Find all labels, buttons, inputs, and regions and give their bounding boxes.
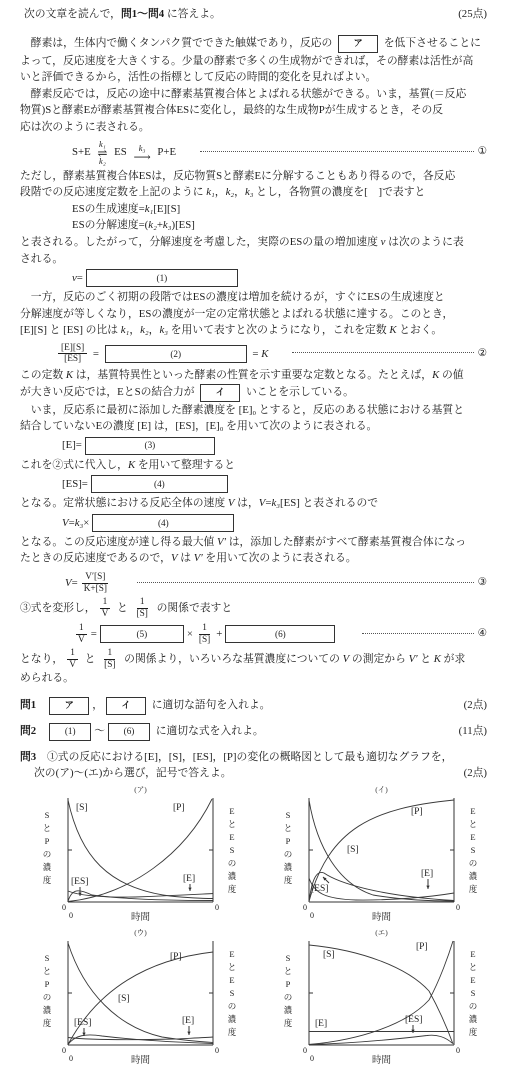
y-left-axis-title: 濃 [284, 1005, 293, 1015]
y-left-axis-title: 濃 [284, 862, 293, 872]
y-right-axis-title: 濃 [469, 1014, 478, 1024]
text-run: + [216, 626, 222, 643]
curve-label: [S] [323, 950, 335, 960]
graph-title: (ア) [134, 785, 147, 794]
equation-leader: ① [190, 144, 487, 161]
doc-line: この定数 K は，基質特異性といった酵素の性質を示す重要な定数となる。たとえば，… [20, 367, 487, 384]
doc-line: となる。定常状態における反応全体の速度 V は，V=k₃[ES] と表されるので [20, 495, 487, 512]
y-right-zero: 0 [456, 903, 460, 912]
text-run: を低下させることに [381, 35, 481, 52]
y-left-axis-title: の [43, 992, 52, 1002]
doc-line: 物質)Sと酵素Eが酵素基質複合体ESに変化し，最終的な生成物Pが生成するとき，そ… [20, 102, 487, 119]
curve-label: [E] [315, 1019, 327, 1029]
text-run: [E][S] [153, 201, 180, 218]
answer-box: (1) [86, 269, 238, 287]
text-run: を用いて表すと次のようになり，これを定数 [168, 322, 389, 339]
text-run: × [83, 515, 89, 532]
arrow-head [426, 885, 429, 888]
answer-box: (4) [91, 475, 228, 493]
y-right-axis-title: S [471, 845, 476, 855]
fraction-numerator: V′[S] [82, 572, 108, 584]
text-run: k₂ [148, 217, 157, 234]
doc-line: たときの反応速度であるので，V は V′ を用いて次のように表される。 [20, 550, 487, 567]
text-run: 酵素は，生体内で働くタンパク質でできた触媒であり，反応の [20, 35, 335, 52]
doc-line: 応は次のように表される。 [20, 119, 487, 136]
text-run: K [128, 457, 135, 474]
fraction: 1V [66, 648, 79, 670]
y-left-axis-title: と [43, 823, 52, 833]
y-left-axis-title: の [43, 849, 52, 859]
dotted-leader [292, 352, 473, 353]
text-run: [E][S] と [ES] の比は [20, 322, 121, 339]
equation-leader: ② [282, 346, 487, 363]
curve-label: [E] [183, 874, 195, 884]
curve-P [309, 800, 454, 902]
equation-2: [E][S][ES] = (2) = K② [20, 343, 487, 365]
text-run: 酵素反応では，反応の途中に酵素基質複合体とよばれる状態ができる。いま，基質(＝反… [20, 86, 466, 103]
instruction-line: 次の文章を読んで，問1～問4 に答えよ。(25点) [20, 6, 487, 23]
text-run: 一方，反応のごく初期の段階ではESの濃度は増加を続けるが，すぐにESの生成速度と [20, 289, 445, 306]
curve-label: [S] [347, 845, 359, 855]
doc-line: 一方，反応のごく初期の段階ではESの濃度は増加を続けるが，すぐにESの生成速度と [20, 289, 487, 306]
question-1: 問1ア，イ に適切な語句を入れよ。(2点) [20, 697, 487, 715]
text-run: 問2 [20, 723, 36, 740]
y-right-axis-title: と [469, 819, 478, 829]
y-right-axis-title: E [229, 975, 234, 985]
text-run: V [171, 550, 178, 567]
text-run: = [250, 346, 262, 363]
fraction: [E][S][ES] [58, 343, 87, 365]
y-right-axis-title: の [228, 858, 237, 868]
y-left-zero: 0 [303, 903, 307, 912]
text-run: k₂ [140, 322, 149, 339]
fraction: 1V [99, 597, 112, 619]
y-left-axis-title: 度 [284, 1018, 293, 1028]
text-run: の関係より，いろいろな基質濃度についての [121, 651, 342, 668]
answer-box: ア [338, 35, 378, 53]
text-run: k₃ [163, 217, 172, 234]
text-run: k₃ [245, 184, 254, 201]
y-right-axis-title: 濃 [469, 871, 478, 881]
points-badge: (2点) [464, 765, 487, 782]
y-left-axis-title: と [43, 966, 52, 976]
equation-blank-4: [ES]=(4) [20, 475, 487, 493]
text-run: よって，反応速度を大きくする。少量の酵素で多くの生成物ができれば，その酵素は活性… [20, 53, 473, 70]
y-left-axis-title: の [284, 849, 293, 859]
fraction-denominator: [S] [101, 660, 118, 671]
answer-box: (2) [105, 345, 247, 363]
text-run: この定数 [20, 367, 66, 384]
x-zero: 0 [69, 911, 73, 920]
points-badge: (25点) [458, 6, 487, 23]
x-zero: 0 [310, 911, 314, 920]
x-axis-title: 時間 [372, 1054, 391, 1066]
doc-line: められる。 [20, 670, 487, 687]
y-left-axis-title: 度 [284, 875, 293, 885]
text-run: V [343, 651, 350, 668]
question-2: 問2(1)～(6) に適切な式を入れよ。(11点) [20, 723, 487, 741]
fraction-numerator: 1 [137, 597, 148, 609]
answer-box: (6) [108, 723, 150, 741]
text-run: ①式の反応における[E]，[S]，[ES]，[P]の変化の概略図として最も適切な… [36, 749, 452, 766]
text-run: に答えよ。 [164, 6, 221, 23]
curve-label: [E] [182, 1016, 194, 1026]
doc-line: 結合していないEの濃度 [E] は，[ES]，[E]₀ を用いて次のように表され… [20, 418, 487, 435]
text-run: 段階での反応速度定数を上記のように [20, 184, 206, 201]
curve-label: [P] [170, 952, 182, 962]
text-run: ただし，酵素基質複合体ESは，反応物質Sと酵素Eに分解することもあり得るので，各… [20, 168, 455, 185]
text-run: は，添加した酵素がすべて酵素基質複合体になっ [226, 534, 466, 551]
equation-4: 1V=(5)×1[S]+(6)④ [20, 623, 487, 645]
equation-1: S+E k₁⇌k₂ ES k₃⟶ P+E① [20, 140, 487, 166]
curve-label: [S] [76, 803, 88, 813]
text-run: められる。 [20, 670, 74, 687]
y-left-axis-title: と [284, 823, 293, 833]
y-left-axis-title: P [45, 979, 50, 989]
doc-line: される。 [20, 251, 487, 268]
curve-label: [P] [173, 803, 185, 813]
y-right-axis-title: S [230, 845, 235, 855]
doc-line: いま，反応系に最初に添加した酵素濃度を [E]₀ とすると，反応のある状態におけ… [20, 402, 487, 419]
fraction-denominator: V [66, 660, 79, 671]
y-right-axis-title: 濃 [228, 1014, 237, 1024]
graph-e: (エ)000SとPの濃度EとESの濃度時間[S][P][E][ES] [261, 927, 487, 1070]
text-run: いま，反応系に最初に添加した酵素濃度を [E]₀ とすると，反応のある状態におけ… [20, 402, 464, 419]
y-right-axis-title: E [470, 832, 475, 842]
curve-ES [68, 891, 213, 902]
y-left-zero: 0 [62, 1046, 66, 1055]
y-right-axis-title: と [228, 819, 237, 829]
text-run: たときの反応速度であるので， [20, 550, 171, 567]
text-run: と [82, 651, 98, 668]
fraction-denominator: V [75, 635, 88, 646]
equation-leader: ③ [127, 575, 487, 592]
y-right-axis-title: E [229, 832, 234, 842]
curve-label: [ES] [74, 1018, 91, 1028]
answer-box: (4) [92, 514, 234, 532]
doc-line: いと評価できるから，活性の指標として反応の時間的変化を見ればよい。 [20, 69, 487, 86]
text-run: ESの生成速度= [72, 201, 145, 218]
fraction-numerator: 1 [104, 648, 115, 660]
doc-line: が大きい反応では，EとSの結合力が イ いことを示している。 [20, 384, 487, 402]
dotted-leader [362, 633, 473, 634]
reaction-rate-arrows: k₁⇌k₂ [97, 140, 107, 166]
text-run: ， [149, 322, 160, 339]
x-axis-title: 時間 [372, 911, 391, 923]
text-run: いと評価できるから，活性の指標として反応の時間的変化を見ればよい。 [20, 69, 376, 86]
text-run: = [90, 346, 102, 363]
points-badge: (11点) [459, 723, 487, 740]
text-run: k₁ [206, 184, 215, 201]
fraction-numerator: [E][S] [58, 343, 87, 355]
dotted-leader [137, 582, 474, 583]
y-left-zero: 0 [303, 1046, 307, 1055]
text-run: 次の文章を読んで， [24, 6, 121, 23]
text-run: ， [92, 697, 103, 714]
y-right-axis-title: 度 [469, 884, 478, 894]
text-run: ESの分解速度=( [72, 217, 148, 234]
doc-line: 酵素は，生体内で働くタンパク質でできた触媒であり，反応の ア を低下させることに [20, 35, 487, 53]
text-run: となり， [20, 651, 63, 668]
graph-i: (イ)000SとPの濃度EとESの濃度時間[S][P][ES][E] [261, 784, 487, 927]
text-run: を用いて次のように表される。 [203, 550, 357, 567]
text-run: を用いて整理すると [135, 457, 235, 474]
fraction-denominator: [S] [196, 635, 213, 646]
answer-box: イ [200, 384, 240, 402]
doc-line: ESの生成速度=k₁[E][S] [20, 201, 487, 218]
doc-line: となる。この反応速度が達し得る最大値 V′ は，添加した酵素がすべて酵素基質複合… [20, 534, 487, 551]
curve-label: [P] [416, 942, 428, 952]
fraction: 1[S] [101, 648, 118, 670]
text-run: の値 [439, 367, 463, 384]
text-run: k₃ [75, 515, 84, 532]
text-run: × [187, 626, 193, 643]
text-run: これを②式に代入し， [20, 457, 128, 474]
y-left-axis-title: の [284, 992, 293, 1002]
doc-line: これを②式に代入し，K を用いて整理すると [20, 457, 487, 474]
text-run: [E]= [62, 437, 82, 454]
text-run: と [114, 600, 130, 617]
curve-label: [ES] [71, 877, 88, 887]
fraction-denominator: K+[S] [81, 584, 110, 595]
exam-page: 次の文章を読んで，問1～問4 に答えよ。(25点) 酵素は，生体内で働くタンパク… [0, 0, 507, 1080]
text-run: と表される。したがって，分解速度を考慮した，実際のESの量の増加速度 [20, 234, 381, 251]
text-run: 問3 [20, 749, 36, 766]
y-left-axis-title: 濃 [43, 862, 52, 872]
text-run: ES [111, 144, 129, 161]
text-run: k₂ [226, 184, 235, 201]
y-left-axis-title: P [45, 836, 50, 846]
answer-box: (6) [225, 625, 335, 643]
question3-graphs: (ア)000SとPの濃度EとESの濃度時間[S][P][ES][E] (イ)00… [20, 784, 487, 1070]
text-run: K [261, 346, 268, 363]
y-right-axis-title: 度 [228, 884, 237, 894]
y-right-axis-title: の [228, 1001, 237, 1011]
equation-3: V=V′[S]K+[S]③ [20, 572, 487, 594]
graph-title: (エ) [375, 928, 388, 937]
answer-box: (3) [85, 437, 215, 455]
y-left-axis-title: S [45, 810, 50, 820]
y-right-axis-title: の [469, 1001, 478, 1011]
text-run: いことを示している。 [243, 384, 354, 401]
reaction-arrow: ⟶ [133, 153, 150, 161]
equation-leader: ④ [352, 626, 487, 643]
curve-E [68, 1037, 213, 1040]
text-run: は， [234, 495, 258, 512]
text-run: ， [234, 184, 245, 201]
y-right-zero: 0 [456, 1046, 460, 1055]
doc-line: [E][S] と [ES] の比は k₁，k₂，k₃ を用いて表すと次のようにな… [20, 322, 487, 339]
y-right-axis-title: E [470, 949, 475, 959]
y-right-axis-title: S [230, 988, 235, 998]
graph-a: (ア)000SとPの濃度EとESの濃度時間[S][P][ES][E] [20, 784, 246, 927]
text-run: k₃ [271, 495, 280, 512]
text-run: 応は次のように表される。 [20, 119, 150, 136]
text-run: ， [215, 184, 226, 201]
y-right-axis-title: E [229, 806, 234, 816]
text-run: V′ [217, 534, 226, 551]
answer-box: (5) [100, 625, 184, 643]
doc-line: 酵素反応では，反応の途中に酵素基質複合体とよばれる状態ができる。いま，基質(＝反… [20, 86, 487, 103]
equation-number: ③ [478, 575, 487, 592]
text-run: 物質)Sと酵素Eが酵素基質複合体ESに変化し，最終的な生成物Pが生成するとき，そ… [20, 102, 443, 119]
fraction-numerator: 1 [199, 623, 210, 635]
text-run: ③式を変形し， [20, 600, 96, 617]
text-run: に適切な語句を入れよ。 [149, 697, 270, 714]
fraction-denominator: [ES] [61, 354, 84, 365]
question-3-line2: 次の(ア)～(エ)から選び，記号で答えよ。(2点) [20, 765, 487, 782]
text-run: 問1～問4 [121, 6, 164, 23]
equation-blank-1: v=(1) [20, 269, 487, 287]
dotted-leader [200, 151, 474, 152]
curve-label: [P] [411, 807, 423, 817]
doc-line: ただし，酵素基質複合体ESは，反応物質Sと酵素Eに分解することもあり得るので，各… [20, 168, 487, 185]
text-run: [ES]= [62, 476, 88, 493]
y-right-axis-title: 度 [228, 1027, 237, 1037]
fraction-numerator: 1 [67, 648, 78, 660]
text-run: = [77, 270, 83, 287]
graph-u: (ウ)000SとPの濃度EとESの濃度時間[S][P][ES][E] [20, 927, 246, 1070]
text-run: とし，各物質の濃度を[ ]で表すと [253, 184, 425, 201]
y-left-axis-title: 濃 [43, 1005, 52, 1015]
text-run: の関係で表すと [154, 600, 232, 617]
text-run: が求 [441, 651, 465, 668]
x-axis-title: 時間 [131, 1054, 150, 1066]
text-run: 結合していないEの濃度 [E] は，[ES]，[E]₀ を用いて次のように表され… [20, 418, 377, 435]
doc-line: よって，反応速度を大きくする。少量の酵素で多くの生成物ができれば，その酵素は活性… [20, 53, 487, 70]
y-left-axis-title: と [284, 966, 293, 976]
curve-label: [S] [118, 994, 130, 1004]
y-right-axis-title: E [229, 949, 234, 959]
y-right-axis-title: と [469, 962, 478, 972]
x-axis-title: 時間 [131, 911, 150, 923]
text-run: となる。この反応速度が達し得る最大値 [20, 534, 217, 551]
arrow-head [188, 887, 191, 890]
equation-number: ① [478, 144, 487, 161]
fraction: 1V [75, 623, 88, 645]
text-run: に適切な式を入れよ。 [153, 723, 264, 740]
fraction-denominator: [S] [134, 609, 151, 620]
x-zero: 0 [310, 1054, 314, 1063]
text-run: は次のように表 [385, 234, 463, 251]
text-run: ～ [94, 723, 105, 740]
y-left-axis-title: P [286, 836, 291, 846]
text-run: 問1 [20, 697, 36, 714]
text-run: 分解速度が等しくなり，ESの濃度が一定の定常状態とよばれる状態に達する。このとき… [20, 306, 453, 323]
text-run: ， [129, 322, 140, 339]
doc-line: ESの分解速度=(k₂+k₃)[ES] [20, 217, 487, 234]
curve-label: [ES] [405, 1015, 422, 1025]
curve-ES [309, 1035, 452, 1044]
equation-number: ④ [478, 626, 487, 643]
x-zero: 0 [69, 1054, 73, 1063]
y-left-axis-title: P [286, 979, 291, 989]
equation-blank-3: [E]=(3) [20, 437, 487, 455]
question-3: 問3 ①式の反応における[E]，[S]，[ES]，[P]の変化の概略図として最も… [20, 749, 487, 766]
text-run: )[ES] [171, 217, 194, 234]
doc-line: と表される。したがって，分解速度を考慮した，実際のESの量の増加速度 v は次の… [20, 234, 487, 251]
arrow-head [187, 1031, 190, 1034]
answer-box: イ [106, 697, 146, 715]
y-right-axis-title: の [469, 858, 478, 868]
y-left-axis-title: 度 [43, 1018, 52, 1028]
fraction: 1[S] [134, 597, 151, 619]
y-right-zero: 0 [215, 1046, 219, 1055]
text-run: K [434, 651, 441, 668]
y-left-axis-title: S [286, 810, 291, 820]
text-run: V [65, 575, 72, 592]
equation-blank-4b: V=k₃×(4) [20, 514, 487, 532]
y-left-zero: 0 [62, 903, 66, 912]
text-run: [ES] と表されるので [280, 495, 378, 512]
doc-line: となり，1V と 1[S] の関係より，いろいろな基質濃度についての V の測定… [20, 648, 487, 670]
text-run: の測定から [349, 651, 408, 668]
text-run: k₃ [159, 322, 168, 339]
answer-box: ア [49, 697, 89, 715]
text-run: V [259, 495, 266, 512]
y-left-axis-title: S [286, 953, 291, 963]
text-run: 次の(ア)～(エ)から選び，記号で答えよ。 [34, 765, 232, 782]
doc-line: 段階での反応速度定数を上記のように k₁，k₂，k₃ とし，各物質の濃度を[ ]… [20, 184, 487, 201]
text-run: V [62, 515, 69, 532]
text-run: K [66, 367, 73, 384]
reaction-rate-arrows: k₃⟶ [133, 144, 150, 161]
y-left-axis-title: S [45, 953, 50, 963]
fraction-numerator: 1 [76, 623, 87, 635]
doc-line: 分解速度が等しくなり，ESの濃度が一定の定常状態とよばれる状態に達する。このとき… [20, 306, 487, 323]
text-run: は [178, 550, 194, 567]
points-badge: (2点) [464, 697, 487, 714]
text-run: される。 [20, 251, 63, 268]
graph-title: (イ) [375, 785, 388, 794]
fraction: V′[S]K+[S] [81, 572, 110, 594]
text-run: が大きい反応では，EとSの結合力が [20, 384, 197, 401]
text-run: V′ [409, 651, 418, 668]
rate-constant: k₂ [99, 157, 106, 166]
curve-P [68, 952, 213, 1045]
text-run: V [228, 495, 235, 512]
text-run: k₁ [145, 201, 154, 218]
text-run: S+E [72, 144, 93, 161]
doc-line: ③式を変形し，1V と 1[S] の関係で表すと [20, 597, 487, 619]
fraction-denominator: V [99, 609, 112, 620]
text-run: は，基質特異性といった酵素の性質を示す重要な定数となる。たとえば， [73, 367, 432, 384]
text-run: k₁ [121, 322, 130, 339]
text-run: P+E [155, 144, 176, 161]
text-run: K [389, 322, 396, 339]
text-run: となる。定常状態における反応全体の速度 [20, 495, 228, 512]
text-run: = [91, 626, 97, 643]
y-right-axis-title: S [471, 988, 476, 998]
y-right-axis-title: 濃 [228, 871, 237, 881]
graph-title: (ウ) [134, 928, 147, 937]
curve-label: [ES] [311, 884, 328, 894]
text-run: V′ [194, 550, 203, 567]
text-run: K [432, 367, 439, 384]
y-left-axis-title: 度 [43, 875, 52, 885]
y-right-axis-title: E [470, 806, 475, 816]
exam-text: 次の文章を読んで，問1～問4 に答えよ。(25点) 酵素は，生体内で働くタンパク… [20, 6, 487, 782]
y-right-zero: 0 [215, 903, 219, 912]
fraction: 1[S] [196, 623, 213, 645]
y-right-axis-title: と [228, 962, 237, 972]
text-run: とおく。 [397, 322, 443, 339]
equation-number: ② [478, 346, 487, 363]
text-run: と [418, 651, 434, 668]
answer-box: (1) [49, 723, 91, 741]
y-right-axis-title: 度 [469, 1027, 478, 1037]
curve-label: [E] [421, 869, 433, 879]
